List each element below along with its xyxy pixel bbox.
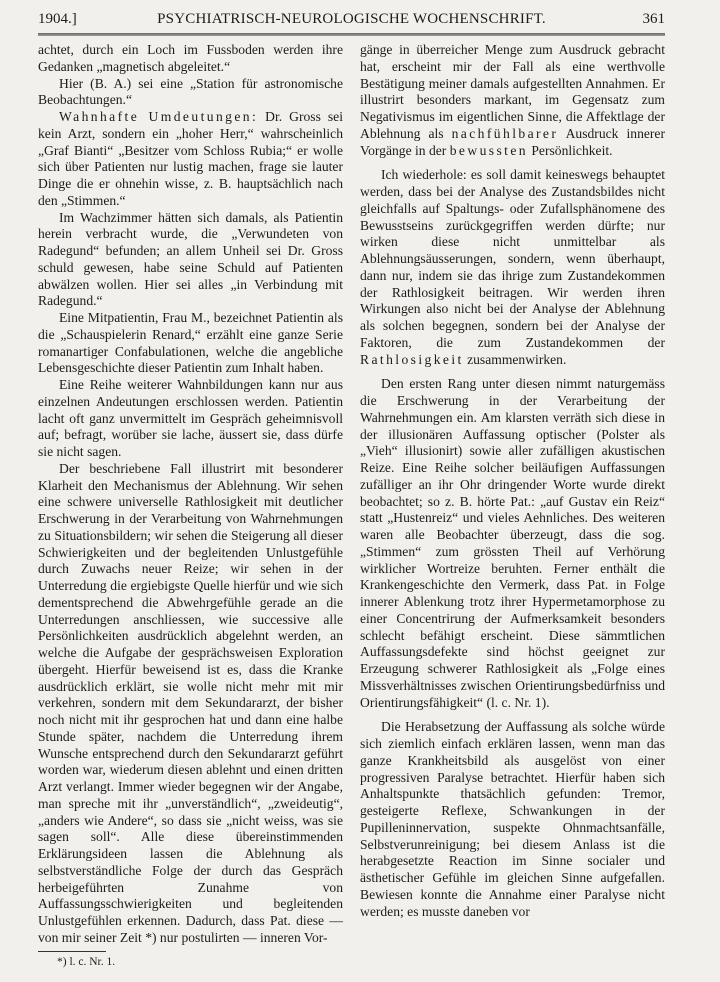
journal-page: 1904.] PSYCHIATRISCH-NEUROLOGISCHE WOCHE… bbox=[0, 0, 720, 982]
paragraph: Der beschriebene Fall illustrirt mit bes… bbox=[38, 461, 343, 947]
spaced-emphasis: Rathlosigkeit bbox=[360, 352, 464, 367]
paragraph: Eine Mitpatientin, Frau M., bezeichnet P… bbox=[38, 310, 343, 377]
spaced-emphasis: nachfühlbarer bbox=[452, 126, 559, 141]
paragraph: Die Herabsetzung der Auffassung als solc… bbox=[360, 719, 665, 920]
paragraph-text: Ich wiederhole: es soll damit keineswegs… bbox=[360, 167, 665, 350]
footnote-rule bbox=[38, 951, 106, 952]
running-header: 1904.] PSYCHIATRISCH-NEUROLOGISCHE WOCHE… bbox=[38, 8, 665, 30]
journal-title: PSYCHIATRISCH-NEUROLOGISCHE WOCHENSCHRIF… bbox=[38, 8, 665, 30]
spaced-emphasis: bewussten bbox=[450, 143, 528, 158]
paragraph: Den ersten Rang unter diesen nimmt natur… bbox=[360, 376, 665, 711]
header-rule bbox=[38, 33, 665, 36]
paragraph-text: zusammenwirken. bbox=[464, 352, 567, 367]
paragraph: Wahnhafte Umdeutungen: Dr. Gross sei kei… bbox=[38, 109, 343, 210]
page-number: 361 bbox=[643, 8, 666, 30]
paragraph: Ich wiederhole: es soll damit keineswegs… bbox=[360, 167, 665, 368]
paragraph: gänge in überreicher Menge zum Ausdruck … bbox=[360, 42, 665, 159]
paragraph: Eine Reihe weiterer Wahnbildungen kann n… bbox=[38, 377, 343, 461]
footnote: *) l. c. Nr. 1. bbox=[38, 955, 343, 969]
spaced-heading: Wahnhafte Umdeutungen: bbox=[59, 109, 258, 124]
paragraph: achtet, durch ein Loch im Fussboden werd… bbox=[38, 42, 343, 76]
right-column: gänge in überreicher Menge zum Ausdruck … bbox=[360, 42, 665, 920]
paragraph-text: Persönlichkeit. bbox=[528, 143, 613, 158]
left-column: achtet, durch ein Loch im Fussboden werd… bbox=[38, 42, 343, 969]
paragraph: Hier (B. A.) sei eine „Station für astro… bbox=[38, 76, 343, 110]
paragraph: Im Wachzimmer hätten sich damals, als Pa… bbox=[38, 210, 343, 311]
